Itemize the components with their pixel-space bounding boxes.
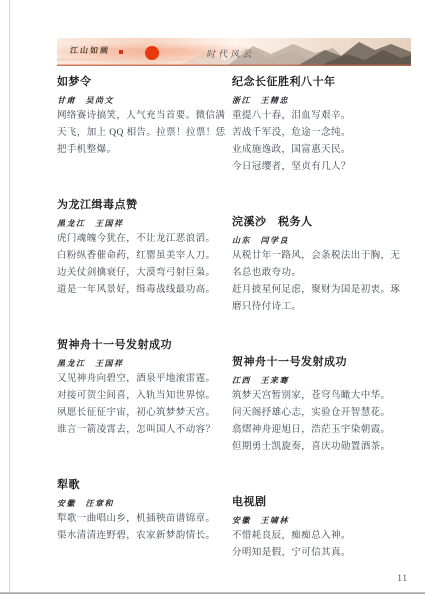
- poem-line: 磨只待付诗工。: [232, 299, 412, 316]
- header-banner-painting: 江山如画 时代风云: [57, 38, 411, 66]
- poem-line: 名总也敢夸功。: [232, 265, 412, 282]
- poem-title: 贺神舟十一号发射成功: [232, 354, 412, 370]
- poem-line: 问天阁抒雄心志，实验仓开智慧花。: [232, 405, 412, 422]
- poem-author: 黑龙江 王国祥: [57, 357, 227, 371]
- poem-changzheng: 纪念长征胜利八十年 浙江 王精忠 重提八十春，泪血写艰辛。 苦战千军没，危途一念…: [232, 74, 412, 176]
- poem-author: 安徽 汪章和: [57, 497, 227, 511]
- poem-author: 江西 王来骞: [232, 374, 412, 388]
- poem-author: 甘肃 吴尚文: [57, 94, 227, 108]
- poem-line: 赶月披星何足虑，聚财为国是初衷。琢: [232, 282, 412, 299]
- poem-author: 安徽 王啸林: [232, 514, 412, 528]
- poem-line: 翕熠神舟迎旭日，浩茫玉宇染朝霞。: [232, 422, 412, 439]
- poem-line: 夙愿长征征宇宙，初心筑梦梦天宫。: [57, 405, 227, 422]
- poem-line: 重提八十春，泪血写艰辛。: [232, 108, 412, 125]
- poem-line: 渠水清清连野碧，农家新梦韵情长。: [57, 528, 227, 545]
- page-number: 11: [397, 573, 408, 583]
- poem-line: 白粉纵香催命药，红罂虽美宰人刀。: [57, 248, 227, 265]
- poem-author: 山东 闫学良: [232, 234, 412, 248]
- poem-line: 不惜耗良辰，痴痴总入神。: [232, 528, 412, 545]
- poem-shenzhou-right: 贺神舟十一号发射成功 江西 王来骞 筑梦天宫暂别家，苍穹鸟瞰大中华。 问天阁抒雄…: [232, 354, 412, 456]
- poem-line: 虎门魂魄今犹在，不让龙江恶浪滔。: [57, 231, 227, 248]
- poem-title: 如梦令: [57, 74, 227, 90]
- poem-line: 对接可贺尘间喜，入轨当知世界惊。: [57, 388, 227, 405]
- poem-line: 道是一年风景好，缉毒战线最功高。: [57, 282, 227, 299]
- banner-center-calligraphy: 时代风云: [206, 47, 256, 60]
- red-seal-mark: [119, 50, 123, 54]
- poem-title: 浣溪沙 税务人: [232, 214, 412, 230]
- poem-line: 业成施逸政，国富惠天民。: [232, 142, 412, 159]
- poem-line: 但期勇士凯旋奏，喜庆功勋置酒茶。: [232, 439, 412, 456]
- poem-rumengling: 如梦令 甘肃 吴尚文 网络赛诗搞笑，人气充当首要。微信满 天飞，加上 QQ 相告…: [57, 74, 227, 159]
- poem-line: 把手机整爆。: [57, 142, 227, 159]
- poem-title: 为龙江缉毒点赞: [57, 197, 227, 213]
- poem-line: 又见神舟向碧空，酒泉平地滚雷霆。: [57, 371, 227, 388]
- poem-dianshiju: 电视剧 安徽 王啸林 不惜耗良辰，痴痴总入神。 分明知是假，宁可信其真。: [232, 494, 412, 562]
- poem-line: 边关仗剑擒衰仔，大漠弯弓射巨枭。: [57, 265, 227, 282]
- poem-line: 从税廿年一路风，会条税法出于胸，无: [232, 248, 412, 265]
- page-left-edge-line: [9, 0, 10, 592]
- poem-line: 筑梦天宫暂别家，苍穹鸟瞰大中华。: [232, 388, 412, 405]
- poem-line: 苦战千军没，危途一念纯。: [232, 125, 412, 142]
- poem-title: 纪念长征胜利八十年: [232, 74, 412, 90]
- poem-column-left: 如梦令 甘肃 吴尚文 网络赛诗搞笑，人气充当首要。微信满 天飞，加上 QQ 相告…: [57, 74, 227, 583]
- poem-line: 今日冠缨者，坚贞有几人？: [232, 159, 412, 176]
- poem-author: 浙江 王精忠: [232, 94, 412, 108]
- page: { "banner": { "calligraphy": "江山如画", "ce…: [0, 0, 425, 600]
- poem-lige: 犁歌 安徽 汪章和 犁歌一曲唱山乡，机插秧苗谱锦章。 渠水清清连野碧，农家新梦韵…: [57, 477, 227, 545]
- poem-huanxisha: 浣溪沙 税务人 山东 闫学良 从税廿年一路风，会条税法出于胸，无 名总也敢夸功。…: [232, 214, 412, 316]
- red-sun: [145, 46, 159, 60]
- poem-shenzhou-left: 贺神舟十一号发射成功 黑龙江 王国祥 又见神舟向碧空，酒泉平地滚雷霆。 对接可贺…: [57, 337, 227, 439]
- poem-author: 黑龙江 王国祥: [57, 217, 227, 231]
- poem-title: 电视剧: [232, 494, 412, 510]
- poem-title: 贺神舟十一号发射成功: [57, 337, 227, 353]
- poem-line: 谁言一箭凌霄去，怎叫国人不动容？: [57, 422, 227, 439]
- poem-line: 分明知是假，宁可信其真。: [232, 545, 412, 562]
- poem-longjiang-jidu: 为龙江缉毒点赞 黑龙江 王国祥 虎门魂魄今犹在，不让龙江恶浪滔。 白粉纵香催命药…: [57, 197, 227, 299]
- poem-line: 网络赛诗搞笑，人气充当首要。微信满: [57, 108, 227, 125]
- poem-column-right: 纪念长征胜利八十年 浙江 王精忠 重提八十春，泪血写艰辛。 苦战千军没，危途一念…: [232, 74, 412, 600]
- poem-line: 犁歌一曲唱山乡，机插秧苗谱锦章。: [57, 511, 227, 528]
- banner-calligraphy-title: 江山如画: [69, 45, 110, 56]
- poem-line: 天飞，加上 QQ 相告。拉票！拉票！恁: [57, 125, 227, 142]
- poem-title: 犁歌: [57, 477, 227, 493]
